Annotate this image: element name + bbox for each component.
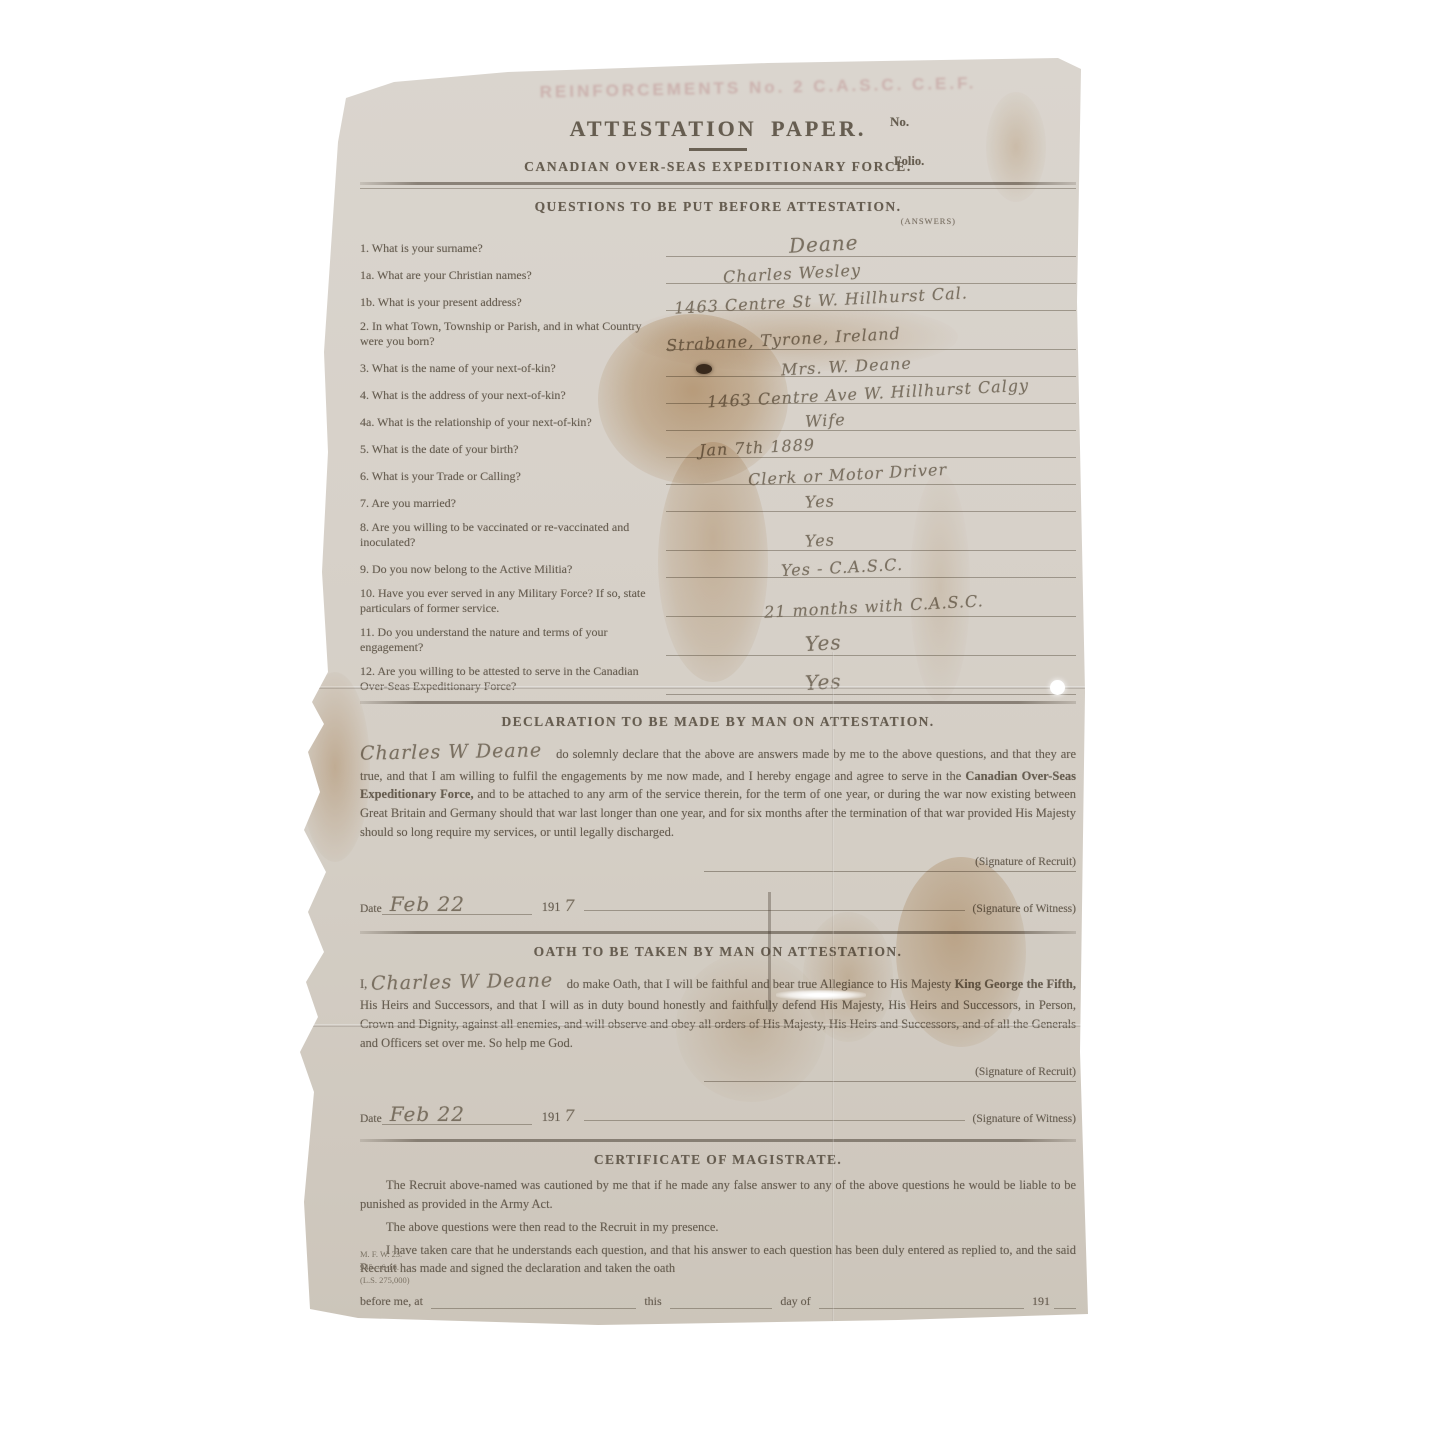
oath-date-row: Date Feb 22 191 7 (Signature of Witness) xyxy=(360,1098,1076,1125)
handwritten-answer: Yes xyxy=(805,630,843,656)
question-label: 1a. What are your Christian names? xyxy=(360,268,666,284)
answer-line: 21 months with C.A.S.C. xyxy=(666,596,1076,617)
handwritten-date-line: Feb 22 xyxy=(382,1098,532,1125)
questions-heading: QUESTIONS TO BE PUT BEFORE ATTESTATION. xyxy=(360,199,1076,215)
imprint-line: M. F. W. 23. xyxy=(360,1248,410,1261)
question-label: 2. In what Town, Township or Parish, and… xyxy=(360,319,666,350)
handwritten-date: Feb 22 xyxy=(390,892,465,916)
handwritten-answer: Strabane, Tyrone, Ireland xyxy=(666,324,902,355)
oath-body-2: His Heirs and Successors, and that I wil… xyxy=(360,998,1076,1050)
answer-line: Yes xyxy=(666,491,1076,512)
certificate-heading: CERTIFICATE OF MAGISTRATE. xyxy=(360,1152,1076,1168)
signature-of-recruit-label: (Signature of Recruit) xyxy=(704,856,1076,868)
divider-rule xyxy=(360,182,1076,185)
question-row: 11. Do you understand the nature and ter… xyxy=(360,619,1076,656)
place-blank-line xyxy=(431,1294,636,1309)
question-label: 6. What is your Trade or Calling? xyxy=(360,469,666,485)
divider-rule xyxy=(360,701,1076,704)
handwritten-answer: Wife xyxy=(805,410,847,431)
answer-line: Yes xyxy=(666,530,1076,551)
question-label: 7. Are you married? xyxy=(360,496,666,512)
certificate-place-date-row: before me, at this day of 191 xyxy=(360,1294,1076,1309)
answer-line: Yes xyxy=(666,635,1076,656)
question-label: 9. Do you now belong to the Active Milit… xyxy=(360,562,666,578)
handwritten-year-digit: 7 xyxy=(564,1106,575,1125)
year-prefix: 191 xyxy=(542,900,561,915)
declaration-heading: DECLARATION TO BE MADE BY MAN ON ATTESTA… xyxy=(360,714,1076,730)
question-row: 8. Are you willing to be vaccinated or r… xyxy=(360,514,1076,551)
divider-rule xyxy=(360,931,1076,934)
oath-i-label: I, xyxy=(360,977,367,991)
handwritten-answer: Yes xyxy=(805,669,843,695)
justice-signature-line xyxy=(496,1355,940,1356)
year-prefix: 191 xyxy=(542,1110,561,1125)
question-row: 10. Have you ever served in any Military… xyxy=(360,580,1076,617)
question-label: 11. Do you understand the nature and ter… xyxy=(360,625,666,656)
answer-line: 1463 Centre St W. Hillhurst Cal. xyxy=(666,290,1076,311)
answer-line: Wife xyxy=(666,410,1076,431)
recruit-signature-block: (Signature of Recruit) xyxy=(360,1066,1076,1082)
imprint-line: (L.S. 275,000) xyxy=(360,1274,410,1287)
handwritten-recruit-name: Charles W Deane xyxy=(370,966,553,998)
form-title: ATTESTATION PAPER. xyxy=(360,116,1076,142)
questions-list: 1. What is your surname? Deane 1a. What … xyxy=(360,232,1076,695)
witness-signature-line xyxy=(584,909,965,911)
date-label: Date xyxy=(360,1113,382,1125)
handwritten-recruit-name: Charles W Deane xyxy=(360,736,543,768)
handwritten-answer: Yes - C.A.S.C. xyxy=(780,555,903,580)
year-blank-line xyxy=(1054,1294,1076,1309)
question-label: 1b. What is your present address? xyxy=(360,295,666,311)
question-label: 5. What is the date of your birth? xyxy=(360,442,666,458)
recruit-signature-line xyxy=(704,871,1076,872)
question-row: 1a. What are your Christian names? Charl… xyxy=(360,259,1076,284)
handwritten-answer: Jan 7th 1889 xyxy=(698,435,815,460)
before-me-at-label: before me, at xyxy=(360,1294,423,1309)
answer-line: Charles Wesley xyxy=(666,263,1076,284)
question-label: 10. Have you ever served in any Military… xyxy=(360,586,666,617)
title-underline xyxy=(689,148,747,151)
handwritten-answer: Yes xyxy=(805,491,836,512)
form-subtitle: CANADIAN OVER-SEAS EXPEDITIONARY FORCE. xyxy=(360,159,1076,175)
answer-line: 1463 Centre Ave W. Hillhurst Calgy xyxy=(666,383,1076,404)
divider-rule xyxy=(360,1139,1076,1142)
question-row: 6. What is your Trade or Calling? Clerk … xyxy=(360,460,1076,485)
question-row: 1b. What is your present address? 1463 C… xyxy=(360,286,1076,311)
declaration-date-row: Date Feb 22 191 7 (Signature of Witness) xyxy=(360,888,1076,915)
answer-line: Strabane, Tyrone, Ireland xyxy=(666,329,1076,350)
oath-body-1: do make Oath, that I will be faithful an… xyxy=(567,977,951,991)
witness-signature-line xyxy=(584,1119,965,1121)
printer-imprint: M. F. W. 23. 945—6-16. (L.S. 275,000) xyxy=(360,1248,410,1286)
divider-rule-thin xyxy=(360,188,1076,189)
certificate-paragraph-1: The Recruit above-named was cautioned by… xyxy=(360,1176,1076,1214)
answer-line: Yes xyxy=(666,674,1076,695)
recruit-signature-line xyxy=(704,1081,1076,1082)
day-of-label: day of xyxy=(780,1294,810,1309)
signature-of-witness-label: (Signature of Witness) xyxy=(973,1113,1076,1125)
imprint-line: 945—6-16. xyxy=(360,1261,410,1274)
question-row: 4a. What is the relationship of your nex… xyxy=(360,406,1076,431)
handwritten-date: Feb 22 xyxy=(390,1102,465,1126)
day-blank-line xyxy=(670,1294,773,1309)
signature-of-witness-label: (Signature of Witness) xyxy=(973,903,1076,915)
handwritten-year-digit: 7 xyxy=(564,896,575,915)
month-blank-line xyxy=(819,1294,1024,1309)
question-row: 3. What is the name of your next-of-kin?… xyxy=(360,352,1076,377)
answers-column-label: (ANSWERS) xyxy=(360,216,956,226)
date-label: Date xyxy=(360,903,382,915)
oath-body-bold: King George the Fifth, xyxy=(955,977,1076,991)
handwritten-answer: Mrs. W. Deane xyxy=(780,354,912,380)
question-row: 9. Do you now belong to the Active Milit… xyxy=(360,553,1076,578)
question-row: 5. What is the date of your birth? Jan 7… xyxy=(360,433,1076,458)
question-label: 4a. What is the relationship of your nex… xyxy=(360,415,666,431)
question-row: 7. Are you married? Yes xyxy=(360,487,1076,512)
handwritten-answer: Deane xyxy=(788,230,859,258)
question-row: 1. What is your surname? Deane xyxy=(360,232,1076,257)
question-row: 12. Are you willing to be attested to se… xyxy=(360,658,1076,695)
certificate-paragraph-2: The above questions were then read to th… xyxy=(360,1218,1076,1237)
handwritten-answer: Yes xyxy=(805,530,836,551)
handwritten-answer: Clerk or Motor Driver xyxy=(748,460,948,489)
year-prefix: 191 xyxy=(1032,1294,1050,1309)
question-label: 12. Are you willing to be attested to se… xyxy=(360,664,666,695)
handwritten-date-line: Feb 22 xyxy=(382,888,532,915)
answer-line: Deane xyxy=(666,236,1076,257)
recruit-signature-block: (Signature of Recruit) xyxy=(360,856,1076,872)
question-label: 3. What is the name of your next-of-kin? xyxy=(360,361,666,377)
certificate-paragraph-3: I have taken care that he understands ea… xyxy=(360,1241,1076,1279)
oath-heading: OATH TO BE TAKEN BY MAN ON ATTESTATION. xyxy=(360,944,1076,960)
question-row: 4. What is the address of your next-of-k… xyxy=(360,379,1076,404)
answer-line: Yes - C.A.S.C. xyxy=(666,557,1076,578)
declaration-paragraph: Charles W Deanedo solemnly declare that … xyxy=(360,738,1076,842)
oath-paragraph: I, Charles W Deanedo make Oath, that I w… xyxy=(360,968,1076,1053)
handwritten-answer: Charles Wesley xyxy=(723,260,862,286)
question-row: 2. In what Town, Township or Parish, and… xyxy=(360,313,1076,350)
this-label: this xyxy=(644,1294,661,1309)
answer-line: Mrs. W. Deane xyxy=(666,356,1076,377)
question-label: 4. What is the address of your next-of-k… xyxy=(360,388,666,404)
handwritten-answer: 21 months with C.A.S.C. xyxy=(764,591,985,621)
question-label: 8. Are you willing to be vaccinated or r… xyxy=(360,520,666,551)
signature-of-recruit-label: (Signature of Recruit) xyxy=(704,1066,1076,1078)
question-label: 1. What is your surname? xyxy=(360,241,666,257)
answer-line: Jan 7th 1889 xyxy=(666,437,1076,458)
answer-line: Clerk or Motor Driver xyxy=(666,464,1076,485)
signature-of-justice-label: (Signature of Justice) xyxy=(964,1331,1062,1343)
attestation-paper-sheet: REINFORCEMENTS No. 2 C.A.S.C. C.E.F. No.… xyxy=(298,52,1092,1330)
